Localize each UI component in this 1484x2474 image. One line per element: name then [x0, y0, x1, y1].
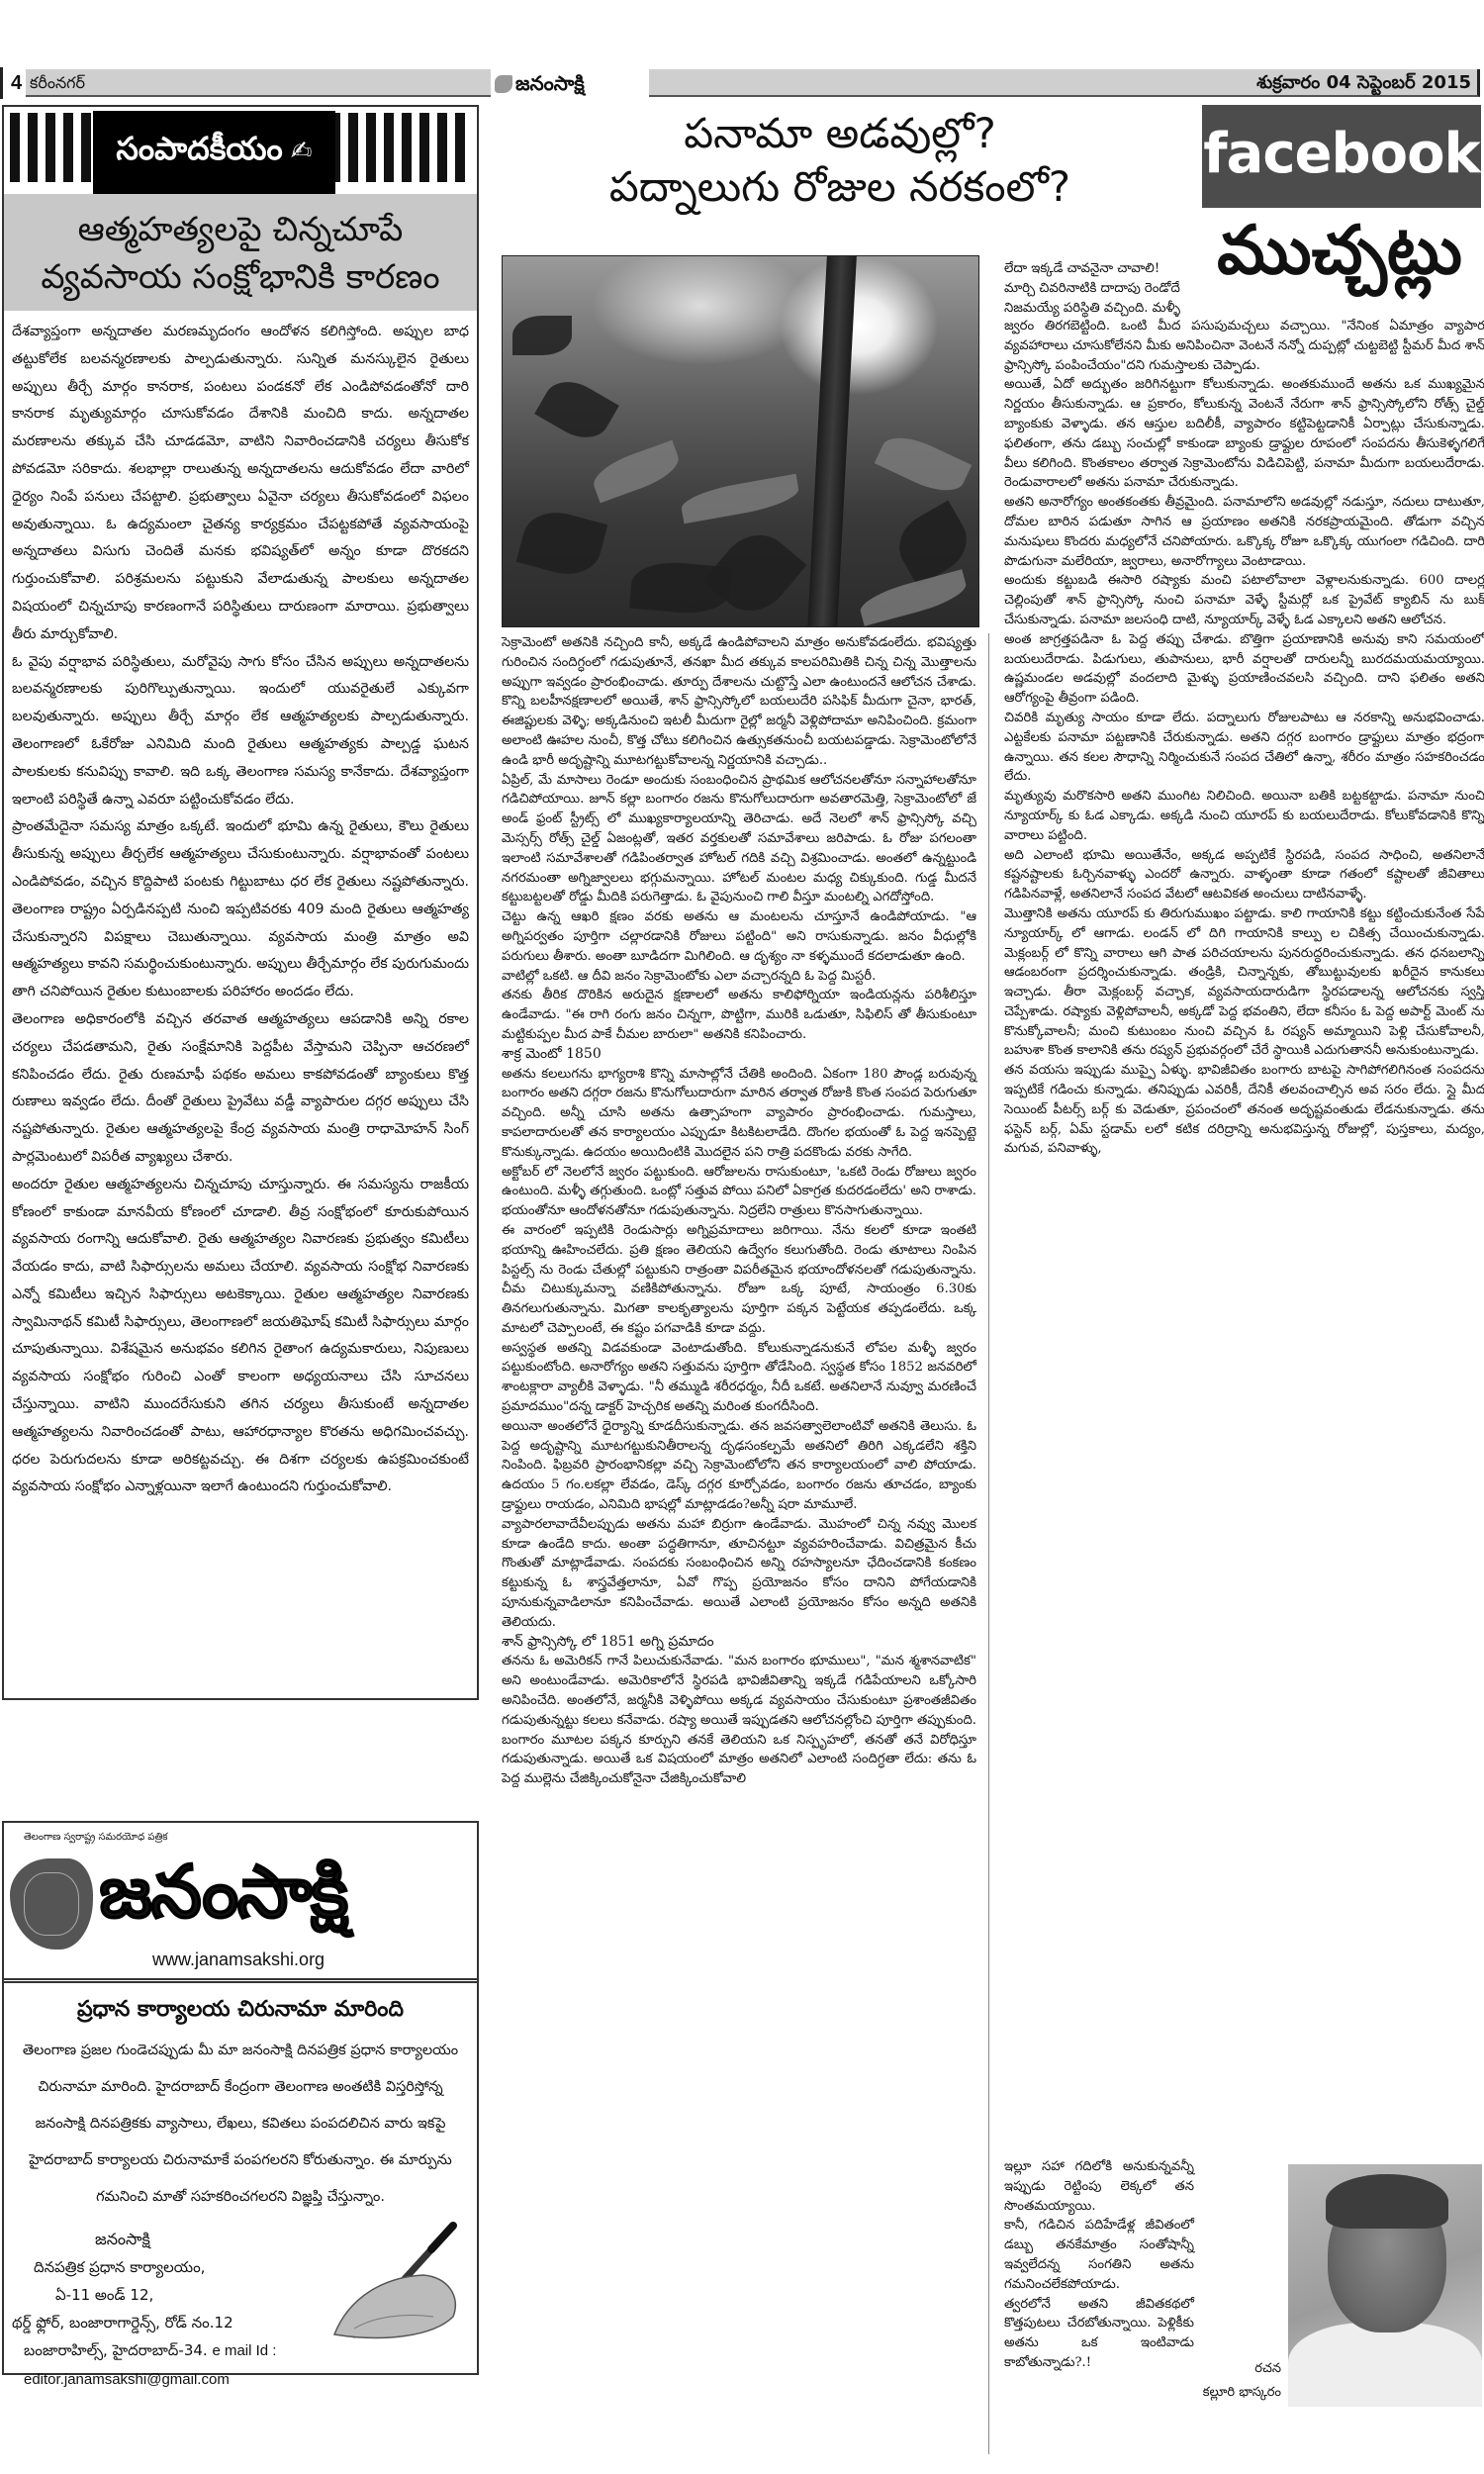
article-paragraph: అక్టోబర్ లో నెలలోనే జ్వరం పట్టుకుంది. ఆర…: [502, 1163, 976, 1221]
column-title: ముచ్చట్లు: [1195, 214, 1484, 289]
article-paragraph: అస్వస్థత అతన్ని విడవకుండా వెంటాడుతోంది. …: [502, 1339, 976, 1417]
paper-tagline: తెలంగాణ స్వరాష్ట్ర సమరయోధ పత్రిక: [24, 1831, 168, 1845]
email-link[interactable]: editor.janamsakshi@gmail.com: [24, 2371, 230, 2388]
paper-logo-large: జనంసాక్షి: [99, 1845, 475, 1940]
article-paragraph: వ్యాపారలావాదేవీలప్పుడు అతను మహా బిర్రుగా…: [502, 1515, 976, 1633]
byline: రచన కల్లూరి భాస్కరం: [1202, 2357, 1281, 2405]
editorial-paragraph: ప్రాంతమేదైనా సమస్య మాత్రం ఒక్కటే. ఇందులో…: [12, 813, 469, 1006]
issue-date: శుక్రవారం 04 సెప్టెంబర్ 2015: [649, 69, 1480, 97]
article-paragraph: తనకు తీరిక దొరికిన అరుదైన క్షణాలలో అతను …: [502, 986, 976, 1044]
paper-name: జనంసాక్షి: [515, 71, 585, 95]
article-paragraph: అయితే, ఏదో అద్భుతం జరిగినట్టుగా కోలుకున్…: [1004, 375, 1484, 493]
feature-headline: పనామా అడవుల్లో? పద్నాలుగు రోజుల నరకంలో?: [489, 107, 1191, 214]
article-paragraph: అతని అనారోగ్యం అంతకంతకు తీవ్రమైంది. పనామ…: [1004, 493, 1484, 571]
notice-body: తెలంగాణ ప్రజల గుండెచప్పుడు మీ మా జనంసాక్…: [4, 2033, 477, 2216]
forest-photo: [502, 255, 979, 627]
notice-logo-area: తెలంగాణ స్వరాష్ట్ర సమరయోధ పత్రిక జనంసాక్…: [4, 1823, 477, 1983]
article-paragraph: చివరికి మృత్యు సాయం కూడా లేదు. పద్నాలుగు…: [1004, 709, 1484, 787]
section-name: కరీంనగర్: [26, 69, 491, 97]
article-subheading: శాక్ర మెంటో 1850: [502, 1045, 976, 1065]
tree-trunk: [807, 256, 857, 627]
article-paragraph: తనను ఓ అమెరికన్ గానే పిలుచుకునేవాడు. "మన…: [502, 1652, 976, 1789]
article-paragraph: జ్వరం తిరగబెట్టింది. ఒంటి మీద పసుపుమచ్చల…: [1004, 317, 1484, 375]
article-paragraph: చెట్టు ఉన్న ఆఖరి క్షణం వరకు అతను ఆ మంటలన…: [502, 907, 976, 966]
pen-hand-icon: [315, 2218, 463, 2346]
page-number: 4: [0, 67, 26, 99]
facebook-logo: facebook: [1202, 105, 1481, 208]
feature-center-column: సెక్రామెంటో అతనికి నచ్చింది కానీ, అక్కడే…: [502, 633, 976, 1789]
author-name: కల్లూరి భాస్కరం: [1162, 2381, 1281, 2405]
article-paragraph: అది ఎలాంటి భూమి అయితేనేం, అక్కడ అప్పటికే…: [1004, 846, 1484, 904]
editorial-paragraph: ఓ వైపు వర్షాభావ పరిస్థితులు, మరోవైపు సాగ…: [12, 649, 469, 814]
article-paragraph: అయినా అంతలోనే ధైర్యాన్ని కూడదీసుకున్నాడు…: [502, 1417, 976, 1515]
right-column-intro: లేదా ఇక్కడే చావనైనా చావాలి! మార్చి చివరి…: [1004, 259, 1202, 318]
article-paragraph: అందుకు కట్టుబడి ఈసారి రష్యాకు మంచి పటాలో…: [1004, 571, 1484, 629]
author-photo: [1288, 2164, 1482, 2407]
paper-logo: జనంసాక్షి: [491, 67, 649, 99]
editorial-label: సంపాదకీయం✍: [93, 111, 335, 194]
feature-right-column: జ్వరం తిరగబెట్టింది. ఒంటి మీద పసుపుమచ్చల…: [1004, 317, 1484, 1159]
quill-hand-icon: ✍: [291, 137, 313, 166]
website-link[interactable]: www.janamsakshi.org: [152, 1950, 325, 1970]
article-paragraph: ఏప్రిల్, మే మాసాలు రెండూ అందుకు సంబంధించ…: [502, 771, 976, 908]
masthead: 4 కరీంనగర్ జనంసాక్షి శుక్రవారం 04 సెప్టె…: [0, 67, 1484, 99]
editorial-body: దేశవ్యాప్తంగా అన్నదాతల మరణమృదంగం ఆందోళన …: [4, 311, 477, 1509]
editorial-banner: సంపాదకీయం✍: [4, 107, 477, 194]
office-address: జనంసాక్షి దినపత్రిక ప్రధాన కార్యాలయం, ఏ-…: [4, 2216, 477, 2394]
address-change-notice: తెలంగాణ స్వరాష్ట్ర సమరయోధ పత్రిక జనంసాక్…: [2, 1821, 479, 2375]
editorial-box: సంపాదకీయం✍ ఆత్మహత్యలపై చిన్నచూపే వ్యవసాయ…: [2, 105, 479, 1700]
article-paragraph: తన వయసు ఇప్పుడు ముప్పై ఏళ్ళు. భావిజీవితం…: [1004, 1061, 1484, 1159]
editorial-paragraph: దేశవ్యాప్తంగా అన్నదాతల మరణమృదంగం ఆందోళన …: [12, 319, 469, 649]
editorial-headline: ఆత్మహత్యలపై చిన్నచూపే వ్యవసాయ సంక్షోభాని…: [4, 194, 477, 311]
article-subheading: శాన్ ఫ్రాన్సిస్కో లో 1851 అగ్ని ప్రమాదం: [502, 1633, 976, 1653]
article-paragraph: అతను కలలుగను భాగ్యరాశి కొన్ని మాసాల్లోనే…: [502, 1065, 976, 1163]
right-column-ending: ఇల్లూ సహా గదిలోకి అనుకున్నవన్నీ ఇప్పుడు …: [1004, 2157, 1194, 2373]
article-paragraph: మొత్తానికి అతను యూరప్ కు తిరుగుముఖం పట్ట…: [1004, 904, 1484, 1061]
article-paragraph: ఈ వారంలో ఇప్పటికి రెండుసార్లు అగ్నిప్రమా…: [502, 1221, 976, 1339]
telangana-map-icon: [495, 75, 512, 93]
notice-title: ప్రధాన కార్యాలయ చిరునామా మారింది: [4, 1983, 477, 2033]
editorial-paragraph: అందరూ రైతుల ఆత్మహత్యలను చిన్నచూపు చూస్తు…: [12, 1172, 469, 1502]
article-paragraph: మృత్యువు మరొకసారి అతని ముంగిట నిలిచింది.…: [1004, 787, 1484, 845]
article-paragraph: సెక్రామెంటో అతనికి నచ్చింది కానీ, అక్కడే…: [502, 633, 976, 771]
editorial-paragraph: తెలంగాణ అధికారంలోకి వచ్చిన తరవాత ఆత్మహత్…: [12, 1006, 469, 1172]
article-paragraph: అంత జాగ్రత్తపడినా ఓ పెద్ద తప్పు చేశాడు. …: [1004, 630, 1484, 709]
article-paragraph: వాటిల్లో ఒకటి. ఆ దీవి జనం సెక్రామెంటోకు …: [502, 967, 976, 987]
telangana-map-icon: [10, 1858, 93, 1950]
